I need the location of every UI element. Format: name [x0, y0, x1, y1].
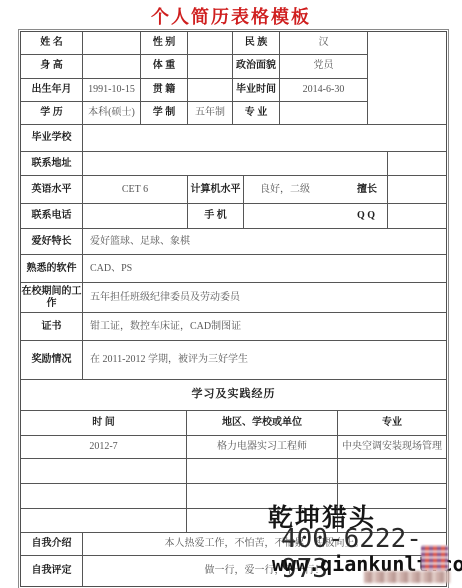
exp-place — [187, 459, 338, 483]
graduation-value: 2014-6-30 — [280, 79, 367, 101]
mobile-qq-cell: Q Q — [244, 204, 387, 228]
certificate-row: 证书 钳工证，数控车床证，CAD制图证 — [21, 313, 446, 341]
hobby-label: 爱好特长 — [21, 229, 83, 254]
software-value: CAD、PS — [83, 255, 446, 282]
exp-major: 中央空调安装现场管理 — [338, 436, 446, 458]
self-eval-label: 自我评定 — [21, 556, 83, 586]
exp-major — [338, 509, 446, 532]
ethnicity-label: 民 族 — [233, 32, 280, 54]
photo-placeholder — [368, 32, 446, 124]
experience-header-row: 时 间 地区、学校或单位 专业 — [21, 411, 446, 436]
exp-place — [187, 484, 338, 508]
certificate-value: 钳工证，数控车床证，CAD制图证 — [83, 313, 446, 340]
mobile-label: 手 机 — [188, 204, 244, 228]
exp-time — [21, 484, 187, 508]
address-label: 联系地址 — [21, 152, 83, 175]
skills-row: 英语水平 CET 6 计算机水平 良好，二级 擅长 — [21, 176, 446, 204]
qq-value — [387, 204, 446, 228]
height-label: 身 高 — [21, 55, 83, 77]
phone-label: 联系电话 — [21, 204, 83, 228]
address-row: 联系地址 — [21, 152, 446, 176]
experience-row: 2012-7 格力电器实习工程师 中央空调安装现场管理 — [21, 436, 446, 459]
english-value: CET 6 — [83, 176, 188, 203]
qq-label: Q Q — [357, 210, 375, 222]
basic-row-height: 身 高 体 重 政治面貌 党员 — [21, 55, 367, 78]
schoolwork-value: 五年担任班级纪律委员及劳动委员 — [83, 283, 446, 312]
nativeplace-label: 贯 籍 — [141, 79, 188, 101]
birthdate-value: 1991-10-15 — [83, 79, 141, 101]
exp-major — [338, 484, 446, 508]
exp-time — [21, 459, 187, 483]
goodat-value — [387, 176, 446, 203]
name-value — [83, 32, 141, 54]
major-label: 专 业 — [233, 102, 280, 124]
gender-value — [188, 32, 233, 54]
basic-row-name: 姓 名 性 别 民 族 汉 — [21, 32, 367, 55]
hobby-value: 爱好篮球、足球、象棋 — [83, 229, 446, 254]
page-title: 个人简历表格模板 — [0, 3, 462, 29]
basic-info-section: 姓 名 性 别 民 族 汉 身 高 体 重 政治面貌 党员 出生年月 1991-… — [21, 32, 446, 125]
schoolwork-label: 在校期间的工作 — [21, 283, 83, 312]
major-value — [280, 102, 367, 124]
certificate-label: 证书 — [21, 313, 83, 340]
hobby-row: 爱好特长 爱好篮球、足球、象棋 — [21, 229, 446, 255]
address-value — [83, 152, 387, 175]
basic-info-grid: 姓 名 性 别 民 族 汉 身 高 体 重 政治面貌 党员 出生年月 1991-… — [21, 32, 368, 124]
address-extra-cell — [387, 152, 446, 175]
self-intro-value: 本人热爱工作，不怕苦，不怕累，积极向上。 — [83, 533, 446, 555]
basic-row-birth: 出生年月 1991-10-15 贯 籍 毕业时间 2014-6-30 — [21, 79, 367, 102]
gender-label: 性 别 — [141, 32, 188, 54]
experience-row — [21, 484, 446, 509]
watermark-stamp — [421, 545, 448, 571]
schoolyears-value: 五年制 — [188, 102, 233, 124]
exp-time — [21, 509, 187, 532]
schoolwork-row: 在校期间的工作 五年担任班级纪律委员及劳动委员 — [21, 283, 446, 313]
school-label: 毕业学校 — [21, 125, 83, 151]
exp-major — [338, 459, 446, 483]
ethnicity-value: 汉 — [280, 32, 367, 54]
school-value — [83, 125, 446, 151]
award-row: 奖励情况 在 2011-2012 学期，被评为三好学生 — [21, 341, 446, 380]
name-label: 姓 名 — [21, 32, 83, 54]
exp-header-time: 时 间 — [21, 411, 187, 435]
computer-label: 计算机水平 — [188, 176, 244, 203]
weight-value — [188, 55, 233, 77]
schoolyears-label: 学 制 — [141, 102, 188, 124]
experience-row — [21, 509, 446, 533]
english-label: 英语水平 — [21, 176, 83, 203]
basic-row-education: 学 历 本科(硕士) 学 制 五年制 专 业 — [21, 102, 367, 124]
computer-goodat-cell: 良好，二级 擅长 — [244, 176, 387, 203]
weight-label: 体 重 — [141, 55, 188, 77]
self-intro-label: 自我介绍 — [21, 533, 83, 555]
phone-row: 联系电话 手 机 Q Q — [21, 204, 446, 229]
political-label: 政治面貌 — [233, 55, 280, 77]
goodat-label: 擅长 — [357, 184, 377, 196]
watermark-blur-strip — [364, 571, 450, 583]
experience-section-row: 学习及实践经历 — [21, 380, 446, 411]
political-value: 党员 — [280, 55, 367, 77]
experience-section-title: 学习及实践经历 — [21, 380, 446, 410]
birthdate-label: 出生年月 — [21, 79, 83, 101]
software-row: 熟悉的软件 CAD、PS — [21, 255, 446, 283]
computer-value: 良好，二级 — [260, 184, 310, 196]
education-label: 学 历 — [21, 102, 83, 124]
height-value — [83, 55, 141, 77]
exp-header-major: 专业 — [338, 411, 446, 435]
award-label: 奖励情况 — [21, 341, 83, 379]
nativeplace-value — [188, 79, 233, 101]
exp-header-place: 地区、学校或单位 — [187, 411, 338, 435]
award-value: 在 2011-2012 学期，被评为三好学生 — [83, 341, 446, 379]
resume-table: 姓 名 性 别 民 族 汉 身 高 体 重 政治面貌 党员 出生年月 1991-… — [20, 31, 447, 587]
software-label: 熟悉的软件 — [21, 255, 83, 282]
school-row: 毕业学校 — [21, 125, 446, 152]
education-value: 本科(硕士) — [83, 102, 141, 124]
graduation-label: 毕业时间 — [233, 79, 280, 101]
exp-place: 格力电器实习工程师 — [187, 436, 338, 458]
self-intro-row: 自我介绍 本人热爱工作，不怕苦，不怕累，积极向上。 — [21, 533, 446, 556]
phone-value — [83, 204, 188, 228]
exp-time: 2012-7 — [21, 436, 187, 458]
exp-place — [187, 509, 338, 532]
experience-row — [21, 459, 446, 484]
